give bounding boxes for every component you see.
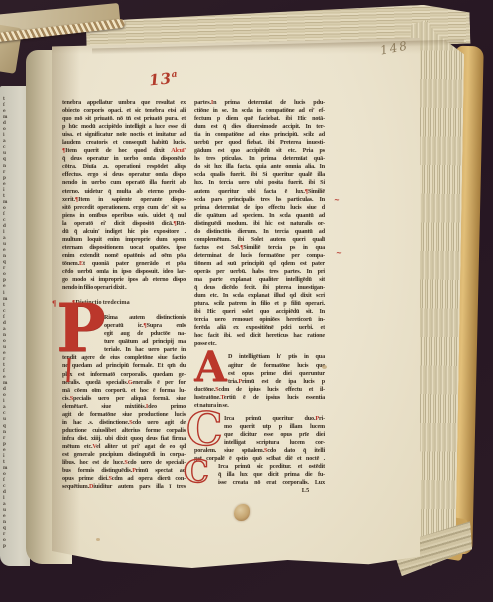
rubricated-initial-p: P (56, 295, 106, 361)
text-line: operās per uerbū. habs tres partes. In p… (194, 268, 325, 276)
text-line: est generale pncipium distinguēdi in cor… (62, 451, 186, 459)
text-line: lux. In tercia uero ubi posita fuerit. i… (194, 179, 325, 187)
text-line: hoc facit ibi. sed dicit hereticus hac r… (194, 332, 325, 340)
text-line: cōtra. Diuīa .n. operationi respōdet ali… (62, 163, 186, 171)
red-margin-mark: ~ (334, 196, 340, 203)
text-line: enim extendit nomē opatōnis ad oēm pōa (62, 252, 186, 260)
text-line: in hac .s. distinctione.Scdo uero agit d… (62, 419, 186, 427)
text-line: elemētarē. siue mixtiōis.Ideo primo (62, 403, 186, 411)
text-line: obiecto corporis opaci. et sic tenebra e… (62, 107, 186, 115)
text-line: pductione cuiuslibet alterius forme corp… (62, 427, 186, 435)
text-line: quo mō sit priuatō. nō tn̄ est priuatō p… (62, 115, 186, 123)
text-line: mā cōem oīm corporū. et hoc ē forma lu- (62, 387, 186, 395)
text-line: sitō precedit operationem. ergo cum de' … (62, 204, 186, 212)
book-photograph: t ſ e m d o i a c u q n r p e ī t m o ſ … (0, 0, 493, 602)
text-line: lustratōne.Tertiū ē de ipsius lucis esse… (194, 394, 325, 402)
red-margin-mark: ~ (336, 249, 342, 256)
text-line: scda pars principalis tres hs particulas… (194, 196, 325, 204)
text-line: q̄ illa lux que dicit prima die fu- (194, 471, 325, 479)
page-content: 13a 148 tenebra appellatur umbra que res… (0, 0, 493, 602)
text-line: tōnem.Et quoniā pater generādo et pōa (62, 260, 186, 268)
text-line: xerit.¶Item in sapiente operante dispo- (62, 196, 186, 204)
text-line: ibi Hic queri solet quo accipiēdū sit. I… (194, 308, 325, 316)
text-line: sequētium.Diuiditur autem pars illa ī tr… (62, 483, 186, 491)
text-line: scda qualis fuerit. ibi Si queritur qual… (194, 171, 325, 179)
text-line: neralis. quedā specialis.Generalis ē per… (62, 379, 186, 387)
text-line: ctiōne in se. In scda in compatiōne ad e… (194, 107, 325, 115)
text-line: dum etc. In scda explanat illud qd dixit… (194, 292, 325, 300)
rubricated-initial-c: C (186, 406, 223, 452)
text-line: bus formis distinguēdis.Primū spectat ad (62, 467, 186, 475)
text-line: do distinctōis dierum. In tercia quantū … (194, 228, 325, 236)
text-line: uisa. et significatur noīe noctis et imi… (62, 131, 186, 139)
text-line: multum loquit enim improprie dum spem (62, 236, 186, 244)
text-line: gat corpalē ē qstio quō scībat diē et no… (194, 455, 325, 463)
red-margin-mark: ¶ (52, 300, 56, 307)
rubricated-initial-a: A (194, 346, 227, 388)
text-line: q̄ deus operatur in uerbo omīa disponēdo (62, 155, 186, 163)
text-line: gādum est quo accipiēdū sit etc. Pria ps (194, 147, 325, 155)
text-line: factus est Sol.¶Similiē tercia ps in qua (194, 244, 325, 252)
text-line: agit de formatōne siue productione lucis (62, 411, 186, 419)
paper-stain (322, 365, 327, 369)
text-line: eternam dispositionem uocat opatōes. ips… (62, 244, 186, 252)
text-line: ¶Item querit de hoc quod dixit Alcuī' (62, 147, 186, 155)
text-line: do sit lux illa facta. quia ante omnia a… (194, 163, 325, 171)
text-line: q̄ deus dicēdo fecit. ibi pterea inuesti… (194, 284, 325, 292)
text-line: la operatō ei' dicit dispositō dicā.¶Rn̄… (62, 220, 186, 228)
text-line: cēdo uerbū omīa in ipso disposuit. ideo … (62, 268, 186, 276)
text-line: tiōnem ad suū principiū qd qdem est pate… (194, 260, 325, 268)
text-line: tia in compatiōne ad eius principiū. sci… (194, 131, 325, 139)
text-line: isse creata nō erat corporalis. Lux (194, 479, 325, 487)
text-line: infra dist. xiiij. ubi dixit quoq deus f… (62, 435, 186, 443)
text-line: p hūc modū accipiēdo intelligit a luce e… (62, 123, 186, 131)
text-line: mētum etc.Vel aliter ut pri' agat de eo … (62, 443, 186, 451)
text-line: Irca primū sic pceditur. et ostēdit (194, 463, 325, 471)
text-line: dum est q̄ dies diuersimode accipit. In … (194, 123, 325, 131)
text-line: determinat de lucis formatōne per compa- (194, 252, 325, 260)
text-line: ptura. scilz patrem in filio et p filiū … (194, 300, 325, 308)
text-line: laudem creatoris et consequīt habitū luc… (62, 139, 186, 147)
text-line: distinguēdi modum. ibi hic est naturalis… (194, 220, 325, 228)
folio-superscript: a (171, 69, 179, 80)
text-line: eterno. uidetur q̄ multa ab eterno produ… (62, 188, 186, 196)
text-line: nendo in uerbo cum operatō illa fuerit a… (62, 179, 186, 187)
text-line: die quātum ad speciem. In scda quantū ad (194, 212, 325, 220)
text-line: uerbū per quod fiebat. ibi Preterea inue… (194, 139, 325, 147)
text-line: ma parte explanat qualiter intelligēdū s… (194, 276, 325, 284)
text-line: partes.In prima determīat de lucis pdu- (194, 99, 325, 107)
text-line: L 5 (194, 487, 325, 495)
text-line: dū q̄ alcuin' indiget hic pio expositore… (62, 228, 186, 236)
handwritten-page-number: 148 (379, 39, 410, 56)
folio-number: 13 (148, 69, 173, 89)
text-line: prima determīat de ipo effectu lucis siu… (194, 204, 325, 212)
text-line: tercia uero remouet opiniōes hereticorū … (194, 316, 325, 324)
text-line: complemētum. ibi Solet autem queri qualī (194, 236, 325, 244)
text-line: cis.Specialis uero per aliquā formā. siu… (62, 395, 186, 403)
text-line: piens in omībus operibus suis. uidet q̄ … (62, 212, 186, 220)
text-line: opus prime diei.Scdm ad opera dierū con- (62, 475, 186, 483)
text-line: hs tres pticulas. In prima determīat quā… (194, 155, 325, 163)
text-line: plex est informatō corporalis. quedam ge… (62, 371, 186, 379)
text-line: go modo si improprie ipos ab eterno disp… (62, 276, 186, 284)
handwritten-folio-mark: 13a (148, 67, 179, 88)
text-line: ferēda aliā ex expositiōnē pdci uerbi. e… (194, 324, 325, 332)
text-line: libus. hoc est de luce.Scdo uero de spec… (62, 459, 186, 467)
text-line: fectum p diem quē faciebat. ibi Hic notā… (194, 115, 325, 123)
rubricated-initial-c: C (184, 457, 209, 488)
text-line: effectus. ergo si deus operatur omīa dis… (62, 171, 186, 179)
paper-stain (96, 538, 100, 541)
paper-stain (234, 504, 250, 521)
text-line: tenebra appellatur umbra que resultat ex (62, 99, 186, 107)
text-line: autem queritur ubi facta ē lux.¶Similiē (194, 188, 325, 196)
